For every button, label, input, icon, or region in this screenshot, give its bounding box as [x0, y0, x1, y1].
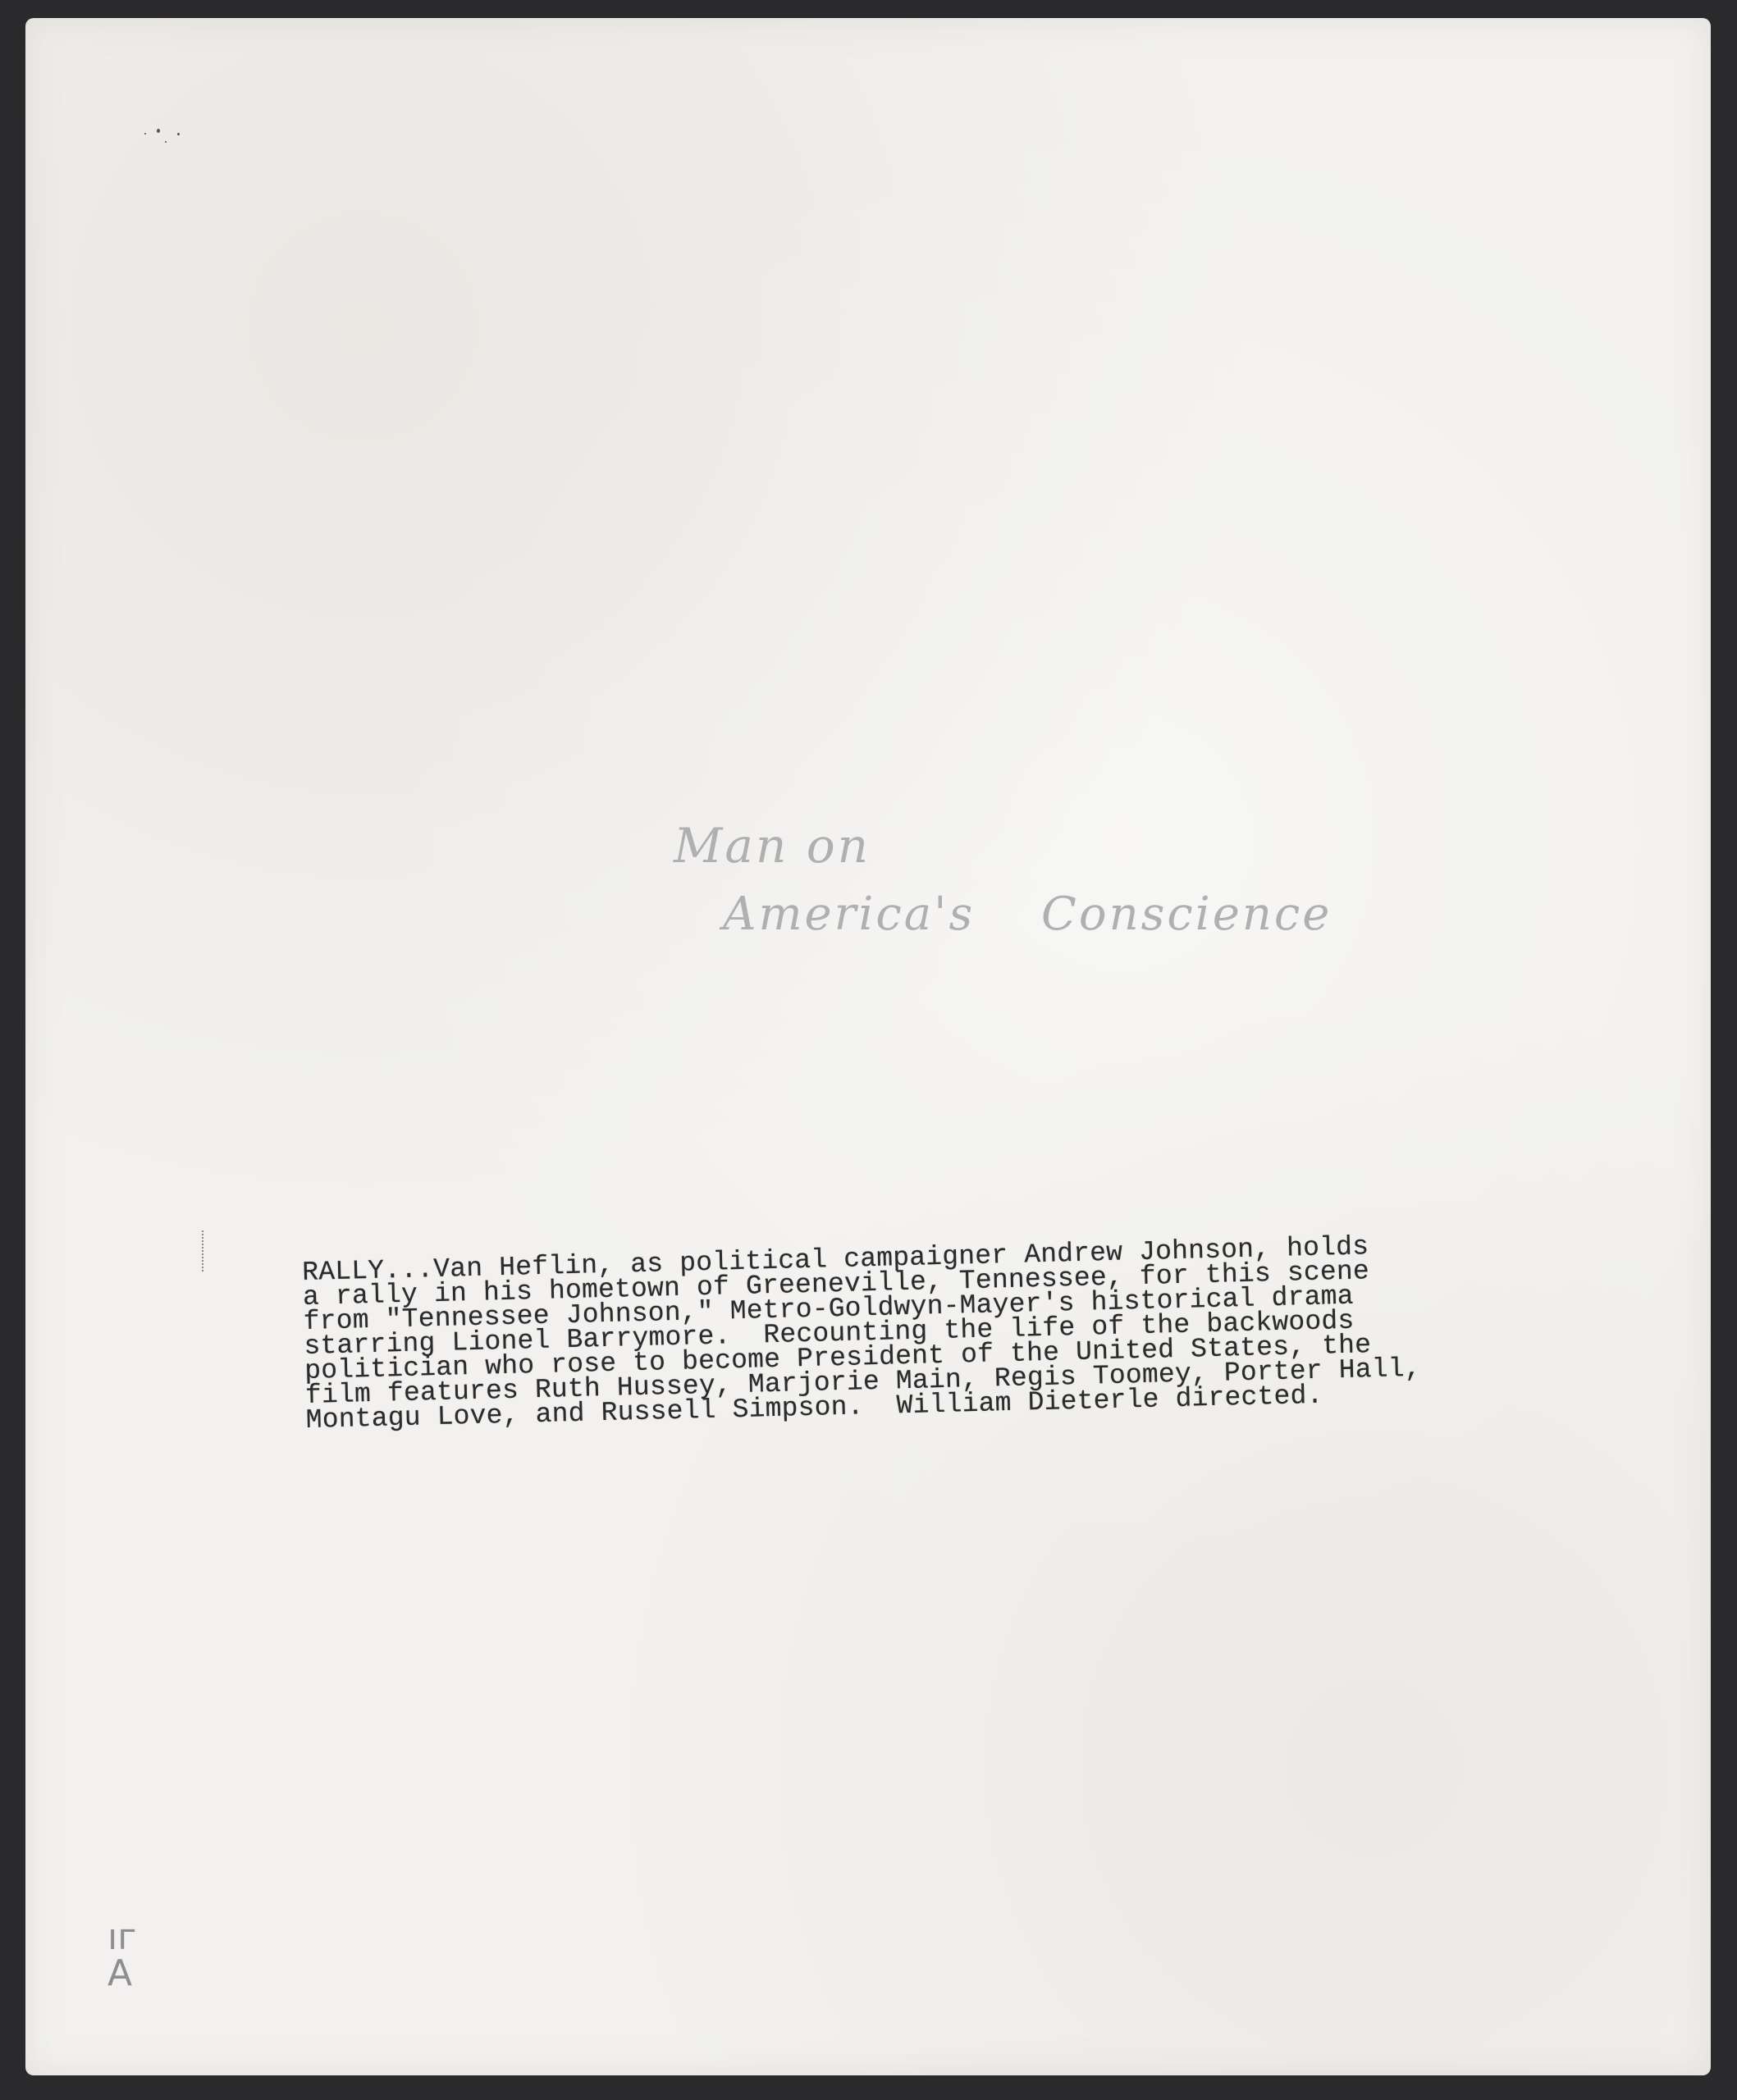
- typed-caption: RALLY...Van Heflin, as political campaig…: [302, 1226, 1701, 1432]
- ink-speck: [144, 133, 146, 135]
- pencil-corner-mark: ıг A: [107, 1920, 136, 1992]
- corner-mark-line-2: A: [107, 1956, 136, 1992]
- photo-back-paper: Man on America's Conscience RALLY...Van …: [25, 18, 1711, 2075]
- handwritten-note-line-1: Man on: [674, 818, 871, 874]
- typewriter-margin-marks: [202, 1230, 206, 1271]
- corner-mark-line-1: ıг: [107, 1920, 136, 1956]
- ink-speck: [165, 141, 167, 143]
- ink-speck: [157, 129, 160, 133]
- ink-speck: [177, 133, 180, 135]
- handwritten-note-line-2: America's Conscience: [723, 888, 1332, 941]
